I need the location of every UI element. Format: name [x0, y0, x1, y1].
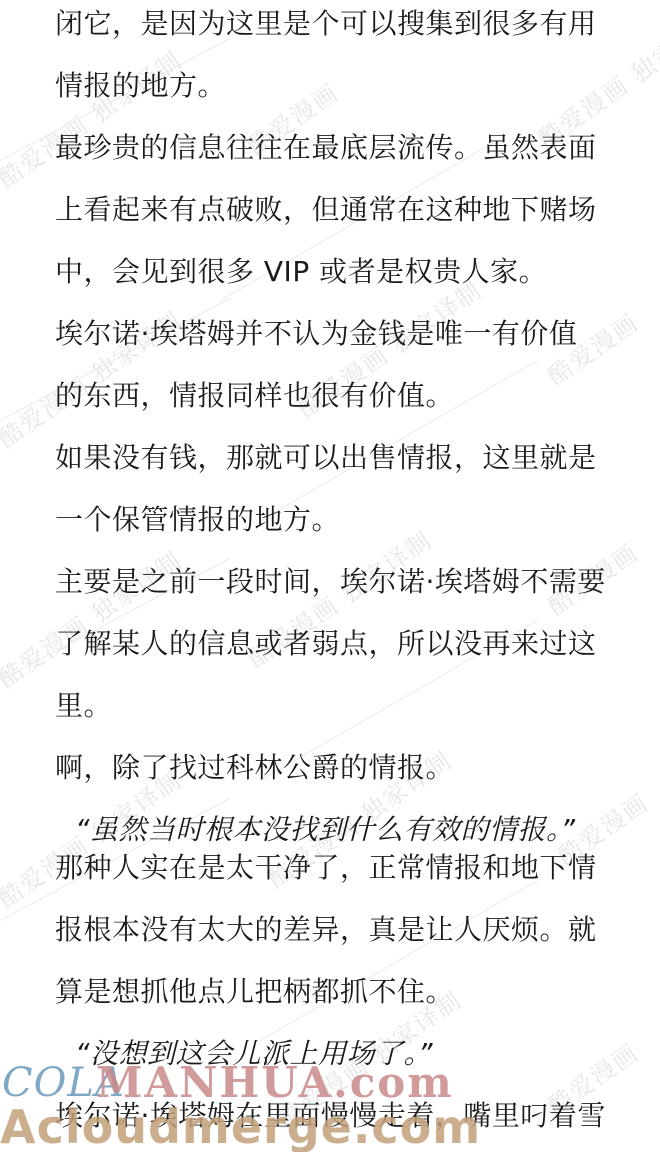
text-line: 埃尔诺·埃塔姆并不认为金钱是唯一有价值 — [55, 312, 577, 352]
text-line: 情报的地方。 — [55, 64, 226, 104]
text-line: 闭它，是因为这里是个可以搜集到很多有用 — [55, 2, 597, 42]
text-line: 一个保管情报的地方。 — [55, 498, 340, 538]
acloudmerge-watermark: Acloudmerge.com — [0, 1100, 481, 1152]
text-line: 算是想抓他点儿把柄都抓不住。 — [55, 970, 454, 1010]
site-watermark: Acloudmerge.com COLA MANHUA.com — [0, 1060, 420, 1152]
text-line: 主要是之前一段时间，埃尔诺·埃塔姆不需要 — [55, 560, 606, 600]
text-line: 上看起来有点破败，但通常在这种地下赌场 — [55, 188, 597, 228]
quote-line: “虽然当时根本没找到什么有效的情报。” — [75, 808, 576, 848]
text-line: 里。 — [55, 684, 112, 724]
text-line: 中，会见到很多 VIP 或者是权贵人家。 — [55, 250, 547, 290]
text-line: 的东西，情报同样也很有价值。 — [55, 374, 454, 414]
text-line: 那种人实在是太干净了，正常情报和地下情 — [55, 846, 597, 886]
text-line: 最珍贵的信息往往在最底层流传。虽然表面 — [55, 126, 597, 166]
text-line: 如果没有钱，那就可以出售情报，这里就是 — [55, 436, 597, 476]
text-line: 啊，除了找过科林公爵的情报。 — [55, 746, 454, 786]
text-line: 了解某人的信息或者弱点，所以没再来过这 — [55, 622, 597, 662]
manhua-watermark: MANHUA.com — [96, 1058, 454, 1107]
text-line: 报根本没有太大的差异，真是让人厌烦。就 — [55, 908, 597, 948]
